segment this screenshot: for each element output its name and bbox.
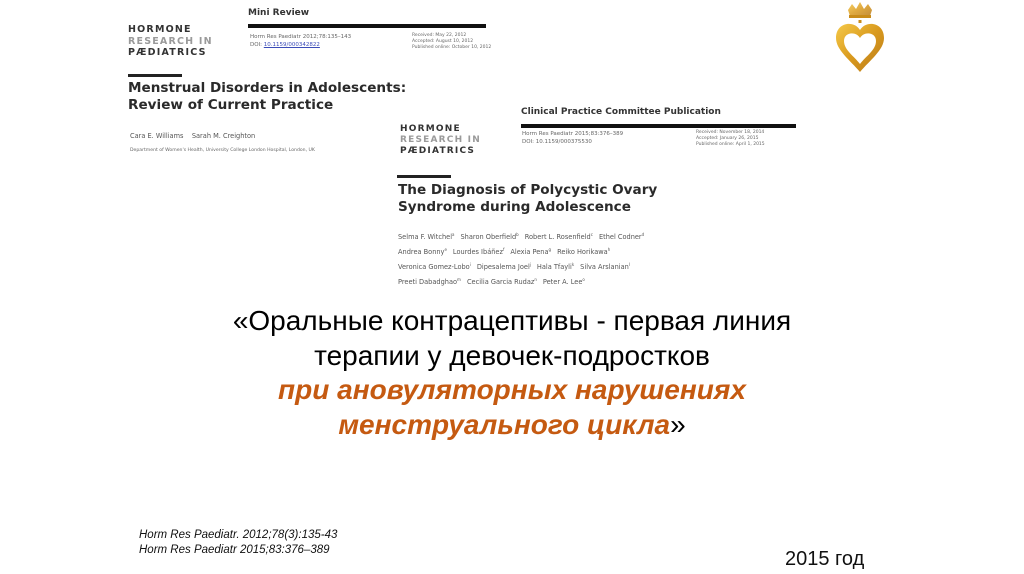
author-row: Andrea BonnyeLourdes IbáñezfAlexia Penag… bbox=[398, 244, 650, 259]
divider bbox=[521, 124, 796, 128]
article-dates: Received: November 18, 2014 Accepted: Ja… bbox=[696, 130, 765, 148]
article-title: Menstrual Disorders in Adolescents: Revi… bbox=[128, 80, 406, 113]
author: Alexia Penag bbox=[510, 248, 551, 256]
article-title-line: Review of Current Practice bbox=[128, 97, 406, 114]
section-label: Clinical Practice Committee Publication bbox=[521, 107, 721, 117]
author: Lourdes Ibáñezf bbox=[453, 248, 504, 256]
main-quote: «Оральные контрацептивы - первая линия т… bbox=[0, 304, 1024, 442]
author: Robert L. Rosenfieldc bbox=[525, 233, 593, 241]
author-affiliation-mark: o bbox=[582, 277, 584, 282]
quote-line: терапии у девочек-подростков bbox=[0, 339, 1024, 374]
doi-line: DOI: 10.1159/000342822 bbox=[250, 41, 351, 49]
journal-logo: HORMONE RESEARCH IN PÆDIATRICS bbox=[400, 124, 481, 157]
author-row: Veronica Gomez-LoboiDipesalema JoeljHala… bbox=[398, 259, 650, 274]
author-row: Selma F. WitchelaSharon OberfieldbRobert… bbox=[398, 229, 650, 244]
references: Horm Res Paediatr. 2012;78(3):135-43 Hor… bbox=[139, 528, 337, 558]
article-authors: Selma F. WitchelaSharon OberfieldbRobert… bbox=[398, 229, 650, 289]
year-label: 2015 год bbox=[785, 548, 864, 571]
article-title: The Diagnosis of Polycystic Ovary Syndro… bbox=[398, 182, 657, 215]
author-row: Preeti DabadghaomCecilia Garcia RudaznPe… bbox=[398, 274, 650, 289]
divider bbox=[248, 24, 486, 28]
crown-heart-logo-icon bbox=[830, 0, 890, 78]
journal-logo-line: RESEARCH IN bbox=[400, 135, 481, 146]
article-title-line: The Diagnosis of Polycystic Ovary bbox=[398, 182, 657, 199]
article-authors: Cara E. Williams Sarah M. Creighton bbox=[130, 132, 255, 140]
author-affiliation-mark: j bbox=[530, 262, 531, 267]
quote-highlight-line: при ановуляторных нарушениях bbox=[0, 373, 1024, 408]
author-affiliation-mark: g bbox=[549, 247, 552, 252]
author: Dipesalema Joelj bbox=[477, 263, 531, 271]
journal-logo-line: HORMONE bbox=[128, 24, 213, 36]
reference: Horm Res Paediatr. 2012;78(3):135-43 bbox=[139, 528, 337, 543]
article-dates: Received: May 22, 2012 Accepted: August … bbox=[412, 33, 491, 51]
author-affiliation-mark: d bbox=[642, 232, 645, 237]
journal-logo-line: HORMONE bbox=[400, 124, 481, 135]
published-date: Published online: October 10, 2012 bbox=[412, 45, 491, 51]
article-meta: Horm Res Paediatr 2012;78:135–143 DOI: 1… bbox=[250, 33, 351, 49]
article-meta: Horm Res Paediatr 2015;83:376–389 DOI: 1… bbox=[522, 130, 623, 146]
author: Selma F. Witchela bbox=[398, 233, 455, 241]
reference: Horm Res Paediatr 2015;83:376–389 bbox=[139, 543, 337, 558]
published-date: Published online: April 1, 2015 bbox=[696, 142, 765, 148]
author: Hala Tfaylik bbox=[537, 263, 574, 271]
author-affiliation-mark: k bbox=[572, 262, 574, 267]
author: Ethel Codnerd bbox=[599, 233, 644, 241]
author-affiliation-mark: c bbox=[591, 232, 593, 237]
quote-line-final: менструального цикла» bbox=[0, 408, 1024, 443]
article-title-line: Menstrual Disorders in Adolescents: bbox=[128, 80, 406, 97]
author: Preeti Dabadghaom bbox=[398, 278, 461, 286]
author-affiliation-mark: f bbox=[503, 247, 504, 252]
divider bbox=[128, 74, 182, 77]
author-affiliation-mark: l bbox=[629, 262, 630, 267]
author-affiliation-mark: i bbox=[470, 262, 471, 267]
author: Sharon Oberfieldb bbox=[461, 233, 519, 241]
article-affiliation: Department of Women's Health, University… bbox=[130, 148, 315, 153]
citation: Horm Res Paediatr 2012;78:135–143 bbox=[250, 33, 351, 41]
author-affiliation-mark: h bbox=[608, 247, 611, 252]
author: Silva Arslanianl bbox=[580, 263, 630, 271]
journal-logo-line: PÆDIATRICS bbox=[400, 146, 481, 157]
author: Andrea Bonnye bbox=[398, 248, 447, 256]
author-affiliation-mark: m bbox=[457, 277, 461, 282]
section-label: Mini Review bbox=[248, 8, 309, 18]
doi-label: DOI: bbox=[250, 42, 264, 48]
article-title-line: Syndrome during Adolescence bbox=[398, 199, 657, 216]
author: Cecilia Garcia Rudazn bbox=[467, 278, 537, 286]
author: Peter A. Leeo bbox=[543, 278, 585, 286]
journal-logo-line: PÆDIATRICS bbox=[128, 47, 213, 59]
journal-logo-line: RESEARCH IN bbox=[128, 36, 213, 48]
citation: Horm Res Paediatr 2015;83:376–389 bbox=[522, 130, 623, 138]
author-affiliation-mark: n bbox=[534, 277, 537, 282]
doi-line: DOI: 10.1159/000375530 bbox=[522, 138, 623, 146]
quote-highlight-line: менструального цикла bbox=[338, 409, 670, 440]
author-affiliation-mark: b bbox=[516, 232, 519, 237]
author-affiliation-mark: e bbox=[444, 247, 446, 252]
quote-line: «Оральные контрацептивы - первая линия bbox=[0, 304, 1024, 339]
journal-logo: HORMONE RESEARCH IN PÆDIATRICS bbox=[128, 24, 213, 59]
author-affiliation-mark: a bbox=[452, 232, 454, 237]
doi-link[interactable]: 10.1159/000342822 bbox=[264, 42, 320, 48]
divider bbox=[397, 175, 451, 178]
author: Veronica Gomez-Loboi bbox=[398, 263, 471, 271]
closing-quote: » bbox=[670, 409, 686, 440]
author: Reiko Horikawah bbox=[557, 248, 610, 256]
